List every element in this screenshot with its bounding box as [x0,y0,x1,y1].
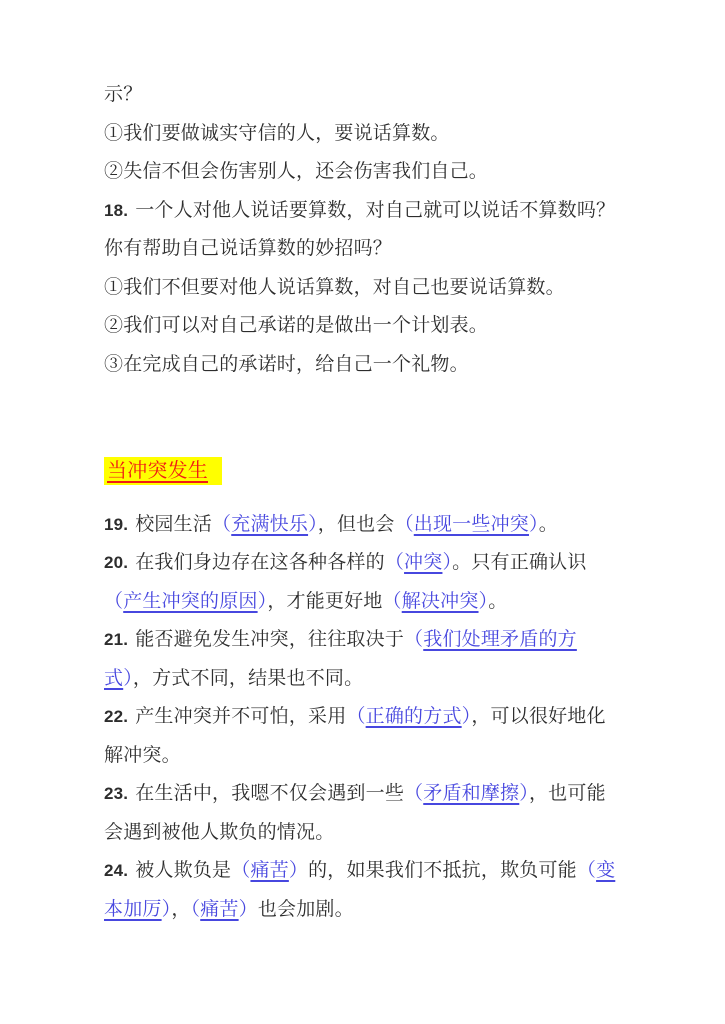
text-run: ①我们要做诚实守信的人，要说话算数。 [104,123,450,144]
bracket-close: ） [258,591,268,612]
answer-point-1: ①我们要做诚实守信的人，要说话算数。 [104,115,624,154]
answer-point-3: ③在完成自己的承诺时，给自己一个礼物。 [104,346,624,385]
text-run: 也会加剧。 [258,899,354,920]
answer-blank: 正确的方式 [366,706,462,727]
item-number: 24. [104,861,128,880]
text-run: 被人欺负是 [135,860,231,881]
bracket-open: （ [395,514,414,535]
text-run: ， [171,899,190,920]
answer-point-2: ②失信不但会伤害别人，还会伤害我们自己。 [104,153,624,192]
bracket-open: （ [383,591,402,612]
bracket-open: （ [404,783,423,804]
answer-blank: 出现一些冲突 [414,514,529,535]
answer-blank: 痛苦 [200,899,238,920]
qa-item-23: 23.在生活中，我嗯不仅会遇到一些（矛盾和摩擦），也可能会遇到被他人欺负的情况。 [104,775,624,852]
item-number: 21. [104,630,128,649]
item-number: 23. [104,784,128,803]
bracket-open: （ [231,860,250,881]
text-run: 的，如果我们不抵抗，欺负可能 [308,860,577,881]
text-run: 。 [539,514,558,535]
bracket-close: ） [529,514,539,535]
text-run: ，才能更好地 [267,591,382,612]
qa-item-22: 22.产生冲突并不可怕，采用（正确的方式），可以很好地化解冲突。 [104,698,624,775]
text-run: 能否避免发生冲突，往往取决于 [135,629,404,650]
item-number: 20. [104,553,128,572]
text-run: ①我们不但要对他人说话算数，对自己也要说话算数。 [104,277,565,298]
item-number: 22. [104,707,128,726]
bracket-open: （ [191,899,201,920]
bracket-open: （ [577,860,596,881]
bracket-open: （ [212,514,231,535]
bracket-close: ） [462,706,472,727]
document-page: 示？ ①我们要做诚实守信的人，要说话算数。 ②失信不但会伤害别人，还会伤害我们自… [0,0,725,1024]
text-run: 。只有正确认识 [452,552,586,573]
section-heading: 当冲突发生 [104,452,624,492]
question-text: 一个人对他人说话要算数，对自己就可以说话不算数吗？你有帮助自己说话算数的妙招吗？ [104,200,615,260]
answer-point-2: ②我们可以对自己承诺的是做出一个计划表。 [104,307,624,346]
qa-item-21: 21.能否避免发生冲突，往往取决于（我们处理矛盾的方式），方式不同，结果也不同。 [104,621,624,698]
text-run: 在我们身边存在这各种各样的 [135,552,385,573]
bracket-close: ） [239,899,258,920]
text-run: 在生活中，我嗯不仅会遇到一些 [135,783,404,804]
text-run: 产生冲突并不可怕，采用 [135,706,346,727]
qa-item-24: 24.被人欺负是（痛苦）的，如果我们不抵抗，欺负可能（变本加厉），（痛苦）也会加… [104,852,624,929]
item-number: 19. [104,515,128,534]
bracket-open: （ [346,706,365,727]
bracket-close: ） [289,860,308,881]
bracket-close: ） [442,552,452,573]
item-number: 18. [104,201,128,220]
bracket-close: ） [308,514,318,535]
bracket-close: ） [162,899,172,920]
bracket-open: （ [404,629,423,650]
bracket-close: ） [519,783,529,804]
answer-blank: 解决冲突 [402,591,479,612]
answer-blank: 充满快乐 [231,514,308,535]
text-run: ，方式不同，结果也不同。 [133,668,363,689]
section-heading-text: 当冲突发生 [104,457,222,485]
text-run: ，但也会 [318,514,395,535]
text-run: ③在完成自己的承诺时，给自己一个礼物。 [104,354,469,375]
answer-point-1: ①我们不但要对他人说话算数，对自己也要说话算数。 [104,269,624,308]
answer-blank: 痛苦 [250,860,288,881]
text-run: 校园生活 [135,514,212,535]
text-run: 示？ [104,84,142,105]
text-run: ②我们可以对自己承诺的是做出一个计划表。 [104,315,488,336]
bracket-close: ） [123,668,133,689]
text-run: ②失信不但会伤害别人，还会伤害我们自己。 [104,161,488,182]
answer-blank: 冲突 [404,552,442,573]
text-paragraph: 示？ [104,76,624,115]
bracket-open: （ [104,591,123,612]
qa-item-20: 20.在我们身边存在这各种各样的（冲突）。只有正确认识（产生冲突的原因），才能更… [104,544,624,621]
qa-item-19: 19.校园生活（充满快乐），但也会（出现一些冲突）。 [104,506,624,545]
bracket-close: ） [479,591,489,612]
answer-blank: 矛盾和摩擦 [423,783,519,804]
bracket-open: （ [385,552,404,573]
answer-blank: 产生冲突的原因 [123,591,257,612]
qa-item-18: 18.一个人对他人说话要算数，对自己就可以说话不算数吗？你有帮助自己说话算数的妙… [104,192,624,269]
text-run: 。 [488,591,507,612]
